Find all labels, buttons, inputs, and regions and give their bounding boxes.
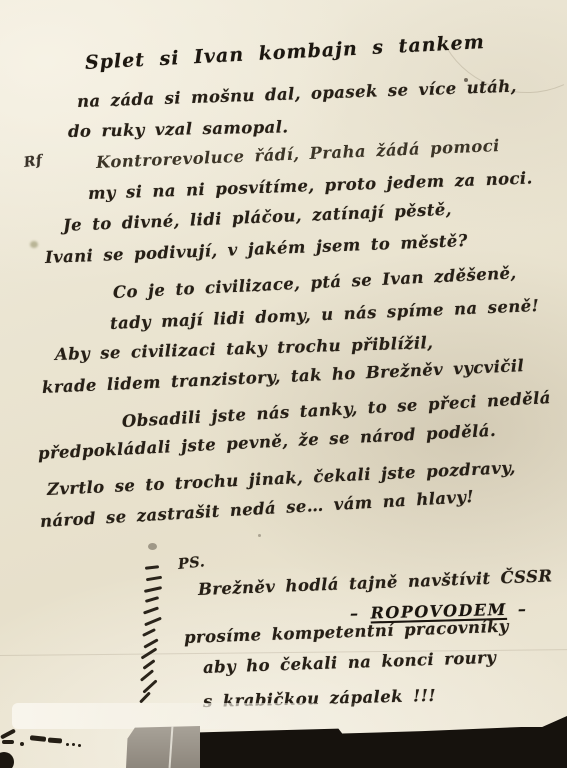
ps-line-2: prosíme kompetentní pracovníky [184, 617, 509, 647]
gray-object-highlight [169, 726, 174, 768]
poem-line-3: do ruky vzal samopal. [68, 117, 289, 141]
poem-line-7: Ivani se podivují, v jakém jsem to městě… [45, 231, 469, 267]
paper-slip-edge [12, 703, 370, 729]
ps-label: PS. [177, 553, 206, 573]
poem-line-1: Splet si Ivan kombajn s tankem [84, 31, 485, 74]
poem-line-13: předpokládali jste pevně, že se národ po… [38, 421, 497, 463]
poem-line-4: Kontrorevoluce řádí, Praha žádá pomoci [96, 136, 501, 172]
poem-line-6: Je to divné, lidi pláčou, zatínají pěstě… [63, 200, 453, 235]
margin-note-refrain: Rf [23, 153, 44, 171]
smudge-mark [30, 241, 38, 248]
ropovodem-dash-left: – [350, 603, 371, 623]
ink-speck [148, 543, 157, 550]
gray-object [126, 726, 200, 768]
poem-line-11: krade lidem tranzistory, tak ho Brežněv … [42, 356, 525, 397]
photograph: Splet si Ivan kombajn s tankem na záda s… [0, 0, 567, 768]
hatch-marks [133, 566, 173, 716]
ps-line-1: Brežněv hodlá tajně navštívit ČSSR [198, 566, 553, 599]
cut-off-writing [0, 728, 90, 754]
poem-line-8: Co je to civilizace, ptá se Ivan zděšeně… [113, 263, 517, 302]
dark-corner-blob [0, 752, 14, 768]
ink-speck [464, 78, 468, 82]
poem-line-10: Aby se civilizaci taky trochu přiblížil, [55, 333, 434, 364]
poem-line-5: my si na ni posvítíme, proto jedem za no… [88, 168, 533, 203]
dark-background [186, 727, 567, 768]
poem-line-9: tady mají lidi domy, u nás spíme na seně… [110, 296, 540, 333]
ropovodem-dash-right: – [507, 599, 528, 619]
ink-speck [258, 534, 261, 537]
poem-line-2: na záda si mošnu dal, opasek se více utá… [77, 77, 517, 111]
